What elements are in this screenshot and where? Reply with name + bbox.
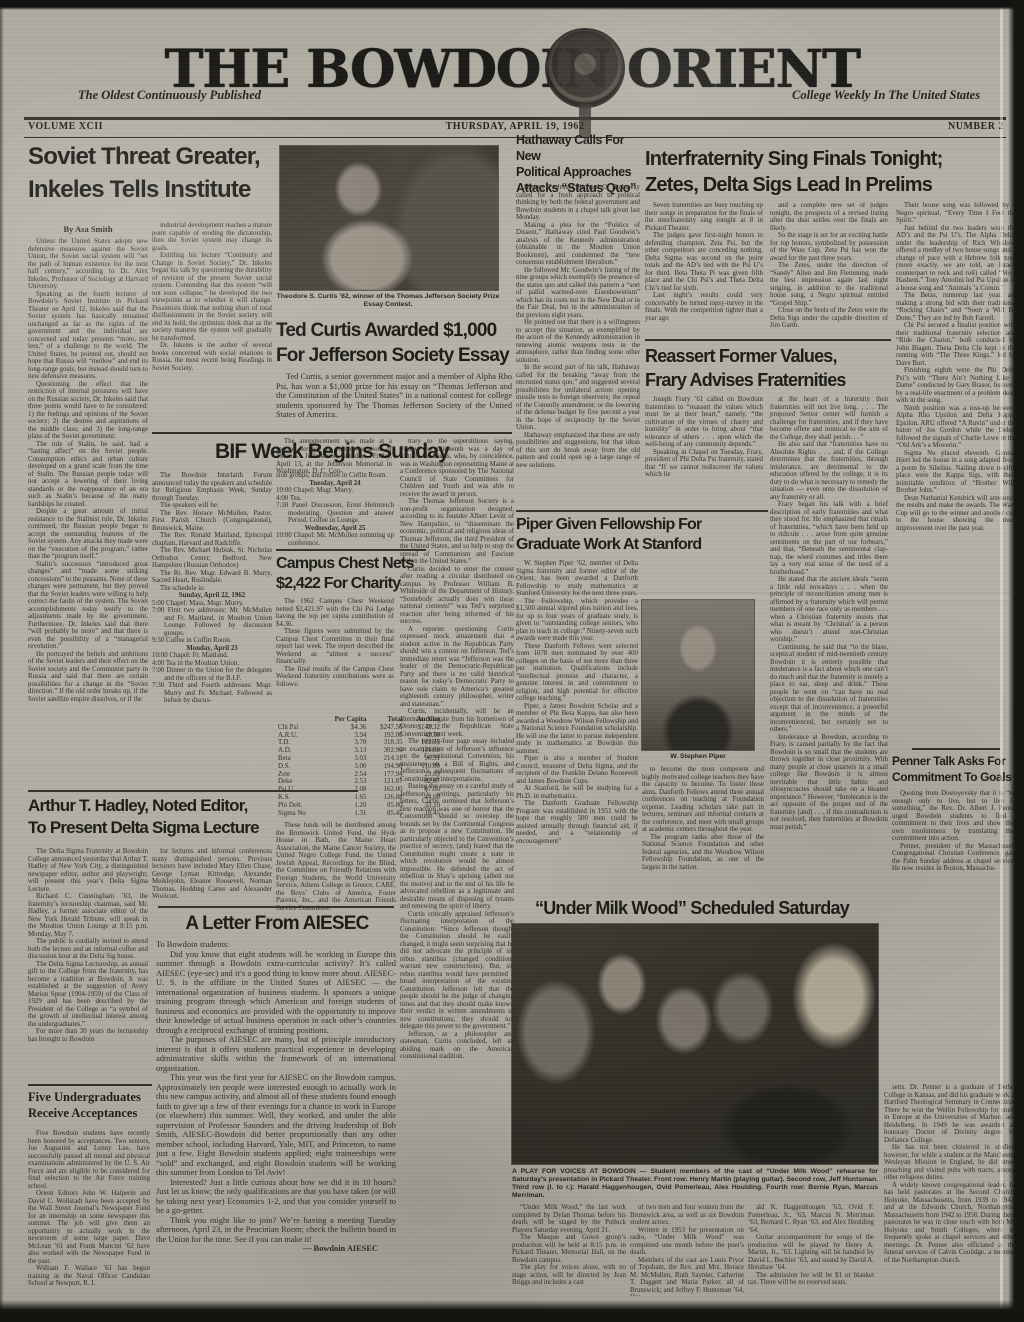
table-cell: 3.03 [319, 755, 368, 763]
paragraph: sion groups, and coffee in Coffin Room. [276, 472, 394, 480]
table-cell: 96.31 [405, 755, 442, 763]
paragraph: Quoting from Dostoyevsky that it is “not… [892, 790, 1018, 843]
bif-headline: BIF Week Begins Sunday [152, 438, 512, 465]
soviet-col2: industrial development reaches a mature … [152, 222, 272, 430]
table-row: T.D.3.78318.35122.35 [276, 739, 442, 747]
table-cell: 214.31 [368, 755, 404, 763]
paragraph: The Fellowship, which provides a $1,500 … [516, 598, 638, 643]
paragraph: The Danforth Graduate Fellowship Program… [516, 800, 638, 845]
table-cell: 162.00 [368, 786, 404, 794]
table-cell: A.R.U. [276, 732, 319, 740]
paragraph: Seven fraternities are busy touching up … [645, 202, 763, 232]
paragraph: So the stage is set for an exciting batt… [770, 232, 888, 262]
paragraph: The Rev. Ronald Maitland, Episcopal chap… [152, 532, 272, 547]
paragraph: To Present Delta Sigma Lecture [28, 817, 362, 839]
table-row: Chi Psi$4.36$247.50$142.32 [276, 724, 442, 732]
paragraph: “Under Milk Wood,” the last work complet… [512, 1204, 626, 1234]
five-undergrads-rule [28, 1084, 152, 1086]
table-cell: 122.35 [405, 739, 442, 747]
paragraph: Richard C. Cunningham ’63, the fraternit… [28, 893, 148, 938]
paragraph: Ted Curtis Awarded $1,000 [276, 318, 516, 343]
paragraph: 7:00 First two addresses: Mr. McMullen a… [152, 607, 272, 637]
table-cell: 3.00 [319, 763, 368, 771]
paragraph: Ted Curtis, a senior government major an… [276, 372, 512, 420]
table-row: Psi U.2.08162.0087.00 [276, 786, 442, 794]
paragraph: These figures were submitted by the Camp… [276, 628, 394, 666]
paragraph: Did you know that eight students will be… [156, 950, 396, 1036]
paragraph: Making a plea for the “Politics of Disse… [516, 222, 640, 267]
paragraph: The Rev. Michael Hubiak, St. Nicholas Or… [152, 547, 272, 570]
paragraph: setts. Dr. Penner is a graduate of Bethe… [884, 1084, 1016, 1144]
bif-day3: Tuesday, April 24 [276, 480, 394, 488]
paragraph: 4:00 Tea in the Moulton Union. [152, 660, 272, 668]
paragraph: Close on the heels of the Zetes were the… [770, 307, 888, 330]
bif-day2: Monday, April 23 [152, 645, 272, 653]
paragraph: The Delta Sigma Lectureship, an annual g… [28, 961, 148, 1029]
paragraph: Members of the cast are Louis Pryor of T… [630, 1257, 744, 1297]
paragraph: The schedule is: [152, 585, 272, 593]
curtis-photo [280, 146, 498, 290]
paragraph: The Rev. Horace McMullen, Pastor, First … [152, 510, 272, 533]
scan-edge-bottom [0, 1300, 1024, 1322]
paragraph: Speaking in Chapel on Tuesday, Frary, pr… [645, 449, 763, 479]
paragraph: Dr. Inkeles is the author of several boo… [152, 342, 272, 372]
col-header-auction: Auction [405, 716, 442, 724]
scan-edge-top [0, 0, 1024, 10]
paragraph: Commitment To Goals [892, 770, 1020, 786]
paragraph: Penner, president of the Massachusetts C… [892, 843, 1018, 873]
table-cell: 126.88 [368, 794, 404, 802]
table-cell: $142.32 [405, 724, 442, 732]
table-cell: $4.36 [319, 724, 368, 732]
five-undergrads-body: Five Bowdoin students have recently been… [28, 1130, 150, 1294]
paragraph: Despite a great amount of initial resist… [28, 508, 148, 561]
table-cell: 2.08 [319, 786, 368, 794]
paragraph: Graduate Work At Stanford [516, 535, 770, 555]
piper-photo [642, 600, 754, 750]
paragraph: The speakers will be: [152, 502, 272, 510]
paragraph: 4:00 Tea. [276, 495, 394, 503]
table-row: A.R.U.3.94192.0042.50 [276, 732, 442, 740]
paragraph: Hathaway emphasized that these are only … [516, 432, 640, 470]
paragraph: The judges gave first-night honors to de… [645, 232, 763, 292]
table-cell: 87.00 [405, 786, 442, 794]
table-cell: 318.35 [368, 739, 404, 747]
paragraph: Entitling his lecture “Continuity and Ch… [152, 252, 272, 342]
paragraph: Campus Chest Nets [276, 554, 432, 574]
campus-chest-body: The 1962 Campus Chest Weekend netted $2,… [276, 598, 394, 714]
penner-headline: Penner Talk Asks ForCommitment To Goals [892, 754, 1020, 785]
bif-day1: Sunday, April 22, 1962 [152, 592, 272, 600]
piper-col1: W. Stephen Piper ’62, member of Delta Si… [516, 560, 638, 902]
table-cell: 3.94 [319, 732, 368, 740]
table-cell: 192.00 [368, 732, 404, 740]
table-cell: Psi U. [276, 786, 319, 794]
paragraph: industrial development reaches a mature … [152, 222, 272, 252]
paragraph: Frary began his talk with a brief descri… [770, 501, 888, 576]
table-cell: 23.89 [405, 771, 442, 779]
paragraph: 10:00 Chapel: Fr. Maitland. [152, 652, 272, 660]
paragraph: Stalin’s successors “introduced great ch… [28, 561, 148, 651]
paragraph: A reporter questioning Curtis expressed … [400, 626, 514, 709]
paragraph: He pointed out that there is a willingne… [516, 319, 640, 364]
five-undergrads-headline: Five UndergraduatesReceive Acceptances [28, 1089, 160, 1121]
sing-col2: and a complete new set of judges tonight… [770, 202, 888, 336]
paragraph: 7:30 Panel Discussion, Ernst Helmreich m… [276, 502, 394, 525]
paragraph: Piper, a James Bowdoin Scholar and a mem… [516, 703, 638, 756]
table-cell: 2.53 [319, 778, 368, 786]
bif-col2: sion groups, and coffee in Coffin Room. … [276, 472, 394, 546]
paragraph: Political Approaches [516, 164, 642, 180]
paragraph: He has not been cloistered in studies, h… [884, 1144, 1016, 1182]
paragraph: to become the most competent and highly … [642, 766, 764, 834]
table-cell: 85.80 [368, 802, 404, 810]
paragraph: Inkeles Tells Institute [28, 173, 280, 206]
scan-edge-left [0, 0, 4, 1322]
table-cell: 82.87 [405, 778, 442, 786]
paragraph: Just behind the two leaders were the AD’… [896, 225, 1016, 293]
aiesec-signature: — Bowdoin AIESEC [156, 1244, 396, 1254]
paragraph: Piper Given Fellowship For [516, 515, 770, 535]
paragraph: Speaking as the fourth lecturer of Bowdo… [28, 291, 148, 381]
paragraph: William F. Wallace ’61 has begun trainin… [28, 1265, 150, 1288]
paragraph: Think you might like to join? We’re havi… [156, 1216, 396, 1245]
paragraph: Guitar accompaniment for songs of the pr… [748, 1234, 874, 1272]
paragraph: The public is cordially invited to atten… [28, 938, 148, 961]
paragraph: Five Undergraduates [28, 1089, 160, 1105]
paragraph: Five Bowdoin students have recently been… [28, 1130, 150, 1190]
paragraph: Their house song was followed by a Negro… [896, 202, 1016, 225]
sing-col3: Their house song was followed by a Negro… [896, 202, 1016, 742]
paragraph: The program ranks after those of the Nat… [642, 834, 764, 872]
frary-headline: Reassert Former Values,Frary Advises Fra… [645, 344, 895, 392]
paragraph: and a complete new set of judges tonight… [770, 202, 888, 232]
paragraph: This year was the first year for AIESEC … [156, 1073, 396, 1178]
col-header-house [276, 716, 319, 724]
hadley-headline: Arthur T. Hadley, Noted Editor,To Presen… [28, 795, 362, 839]
frary-rule [645, 339, 891, 341]
frary-col1: Joseph Frary ’61 called on Bowdoin frate… [645, 396, 763, 508]
paragraph: Interested? Just a little curious about … [156, 1178, 396, 1216]
hathaway-body: History Professor Richard O. Hathaway ca… [516, 184, 640, 506]
paragraph: Interfraternity Sing Finals Tonight; [645, 146, 1019, 172]
masthead-tagline-right: College Weekly In The United States [792, 88, 980, 103]
paragraph: Sigma Nu placed eleventh. Gunnar Hjert l… [896, 450, 1016, 495]
table-cell: Chi Psi [276, 724, 319, 732]
paragraph: Reassert Former Values, [645, 344, 895, 368]
curtis-photo-caption: Theodore S. Curtis ’62, winner of the Th… [268, 293, 508, 313]
paragraph: He stated that the ancient ideals “seem … [770, 576, 888, 644]
table-row: A.D.3.13302.90111.88 [276, 747, 442, 755]
penner-col1: Quoting from Dostoyevsky that it is “not… [892, 790, 1018, 1076]
milkwood-photo-caption: A PLAY FOR VOICES AT BOWDOIN — Student m… [512, 1168, 878, 1200]
table-header-row: Per Capita Total Auction [276, 716, 442, 724]
penner-col2: setts. Dr. Penner is a graduate of Bethe… [884, 1084, 1016, 1296]
paragraph: He also said that “fraternities have no … [770, 441, 888, 501]
paragraph: Penner Talk Asks For [892, 754, 1020, 770]
table-cell: Beta [276, 755, 319, 763]
paragraph: Receive Acceptances [28, 1105, 160, 1121]
sing-headline: Interfraternity Sing Finals Tonight;Zete… [645, 146, 1019, 198]
table-cell: 85.45 [368, 810, 404, 818]
piper-headline: Piper Given Fellowship ForGraduate Work … [516, 515, 770, 555]
table-row: D.S.3.00194.90110.00 [276, 763, 442, 771]
table-cell: 194.90 [368, 763, 404, 771]
paragraph: Unless the United States adopts new defe… [28, 238, 148, 291]
milkwood-col3: ald K. Haggenhougen ’63, Ovid F. Pomerle… [748, 1204, 874, 1296]
table-cell: T.D. [276, 739, 319, 747]
paragraph: The 1962 Campus Chest Weekend netted $2,… [276, 598, 394, 628]
soviet-byline: By Asa Smith [28, 224, 148, 234]
table-cell: 42.50 [405, 732, 442, 740]
paragraph: Frary Advises Fraternities [645, 368, 895, 392]
paragraph: The admission fee will be $1 or blanket … [748, 1272, 874, 1287]
paragraph: 9:30 Coffee in Coffin Room. [152, 637, 272, 645]
paragraph: A widely known congregational leader, he… [884, 1182, 1016, 1265]
table-row: Zete2.54177.9423.89 [276, 771, 442, 779]
bif-day4: Wednesday, April 25 [276, 525, 394, 533]
paragraph: Arthur T. Hadley, Noted Editor, [28, 795, 362, 817]
paragraph: 5:00 Chapel: Mass, Msgr. Murry. [152, 600, 272, 608]
piper-rule [516, 510, 768, 512]
table-cell: 111.88 [405, 747, 442, 755]
paragraph: At Stanford, he will be studying for a P… [516, 785, 638, 800]
sing-col1: Seven fraternities are busy touching up … [645, 202, 763, 336]
paragraph: Zetes, Delta Sigs Lead In Prelims [645, 172, 1019, 198]
hadley-col1: The Delta Sigma Fraternity at Bowdoin Co… [28, 848, 148, 1080]
paragraph: Continuing, he said that “to the blase, … [770, 644, 888, 734]
paragraph: The Betas, runnerup last year, are makin… [896, 292, 1016, 322]
date-label: THURSDAY, APRIL 19, 1962 [24, 121, 1006, 132]
col-header-total: Total [368, 716, 404, 724]
college-seal-icon [547, 30, 623, 106]
paragraph: The rule of Stalin, he said, had a “last… [28, 441, 148, 509]
paragraph: 7:00 Dinner in the Union for the delegat… [152, 667, 272, 682]
paragraph: Intolerance at Bowdoin, according to Fra… [770, 734, 888, 832]
soviet-headline: Soviet Threat Greater,Inkeles Tells Inst… [28, 140, 280, 206]
masthead-tagline-left: The Oldest Continuously Published [78, 88, 261, 103]
paragraph: The Zetes, under the direction of “Sandy… [770, 262, 888, 307]
paragraph: These Danforth Fellows were selected fro… [516, 643, 638, 703]
dateline: VOLUME XCII THURSDAY, APRIL 19, 1962 NUM… [24, 121, 1006, 135]
paragraph: of two men and four women from the Bruns… [630, 1204, 744, 1227]
paragraph: 7:30 Third and Fourth addresses: Msgr. M… [152, 682, 272, 705]
table-cell: Deke [276, 778, 319, 786]
table-cell: $247.50 [368, 724, 404, 732]
table-cell: 33.10 [405, 802, 442, 810]
table-cell: Zete [276, 771, 319, 779]
table-cell: A.D. [276, 747, 319, 755]
masthead-rule-top [24, 117, 1006, 120]
table-cell: 44.00 [405, 794, 442, 802]
paragraph: He followed Mr. Goodwin’s listing of the… [516, 267, 640, 320]
table-cell: 3.78 [319, 739, 368, 747]
table-cell: 302.90 [368, 747, 404, 755]
paragraph: Hathaway Calls For New [516, 132, 642, 164]
paragraph: The purposes of AIESEC are many, but of … [156, 1035, 396, 1073]
paragraph: In the second part of his talk, Hathaway… [516, 364, 640, 432]
aiesec-salutation: To Bowdoin students: [156, 940, 396, 950]
paragraph: 10:00 Chapel: Mr. McMullen summing up co… [276, 532, 394, 546]
paragraph: Written in 1953 for presentation on radi… [630, 1227, 744, 1257]
paragraph: The Masque and Gown group’s production w… [512, 1234, 626, 1264]
aiesec-letter: To Bowdoin students: Did you know that e… [156, 940, 396, 1296]
paragraph: The Delta Sigma Fraternity at Bowdoin Co… [28, 848, 148, 893]
paragraph: Orient Editors John W. Halperin and Davi… [28, 1190, 150, 1265]
paragraph: Soviet Threat Greater, [28, 140, 280, 173]
paragraph: He portrayed the beliefs and ambitions o… [28, 651, 148, 704]
table-cell: D.S. [276, 763, 319, 771]
paragraph: The final results of the Campus Chest We… [276, 666, 394, 689]
masthead-rule-bottom [24, 137, 1006, 138]
newspaper-page: THE BOWDOIN ORIENT The Oldest Continuous… [0, 0, 1024, 1322]
paragraph: at the heart of a fraternity then frater… [770, 396, 888, 441]
paragraph: History Professor Richard O. Hathaway ca… [516, 184, 640, 222]
milkwood-col2: of two men and four women from the Bruns… [630, 1204, 744, 1296]
table-row: Beta3.03214.3196.31 [276, 755, 442, 763]
paragraph: Dean Nathanial Kendrick will announce th… [896, 495, 1016, 533]
paragraph: 10:00 Chapel: Msgr. Murry. [276, 487, 394, 495]
table-cell: 121.87 [368, 778, 404, 786]
hadley-col2: for lectures and informal conferences ma… [152, 848, 272, 908]
aiesec-headline: A Letter From AIESEC [158, 911, 396, 936]
curtis-lede: Ted Curtis, a senior government major an… [276, 372, 512, 434]
soviet-col1: Unless the United States adopts new defe… [28, 238, 148, 788]
paragraph: Ninth position was a toss-up between Alp… [896, 405, 1016, 450]
penner-rule [912, 748, 1000, 750]
table-cell: 18.45 [405, 810, 442, 818]
paragraph: For more than 30 years the lectureship h… [28, 1028, 148, 1043]
frary-col2: at the heart of a fraternity then frater… [770, 396, 888, 902]
paragraph: W. Stephen Piper ’62, member of Delta Si… [516, 560, 638, 598]
paragraph: Chi Psi secured a finalist position with… [896, 322, 1016, 367]
paragraph: The Rt. Rev. Msgr. Edward B. Murry, Sacr… [152, 570, 272, 585]
paragraph: The play for voices alone, with no stage… [512, 1264, 626, 1287]
paragraph: Last night’s results could very conceiva… [645, 292, 763, 322]
paragraph: For Jefferson Society Essay [276, 343, 516, 368]
paragraph: ald K. Haggenhougen ’63, Ovid F. Pomerle… [748, 1204, 874, 1234]
paragraph: Questioning the effect that the restrict… [28, 381, 148, 441]
paragraph: Finishing eighth were the Phi Delta Psi’… [896, 367, 1016, 405]
paragraph: The Bowdoin Interfaith Forum announced t… [152, 472, 272, 502]
table-cell: 3.13 [319, 747, 368, 755]
paragraph: Piper is also a member of Student Counci… [516, 755, 638, 785]
milkwood-photo [512, 924, 878, 1164]
paragraph: for lectures and informal conferences ma… [152, 848, 272, 901]
paragraph: Curtis critically appraised Jefferson’s … [400, 911, 514, 1031]
paragraph: $2,422 For Charity [276, 574, 432, 594]
piper-col2: to become the most competent and highly … [642, 766, 764, 906]
table-cell: 177.94 [368, 771, 404, 779]
piper-photo-caption: W. Stephen Piper [642, 753, 754, 763]
table-cell: 2.54 [319, 771, 368, 779]
curtis-headline: Ted Curtis Awarded $1,000For Jefferson S… [276, 318, 516, 368]
paragraph: Jefferson, as a philosopher and statesma… [400, 1031, 514, 1061]
campus-chest-headline: Campus Chest Nets$2,422 For Charity [276, 554, 432, 594]
milkwood-headline: “Under Milk Wood” Scheduled Saturday [535, 896, 885, 920]
number-label: NUMBER 2 [948, 121, 1004, 132]
col-header-per-capita: Per Capita [319, 716, 368, 724]
table-cell: 110.00 [405, 763, 442, 771]
bif-col1: The Bowdoin Interfaith Forum announced t… [152, 472, 272, 790]
milkwood-col1: “Under Milk Wood,” the last work complet… [512, 1204, 626, 1296]
paragraph: Joseph Frary ’61 called on Bowdoin frate… [645, 396, 763, 449]
table-row: Deke2.53121.8782.87 [276, 778, 442, 786]
